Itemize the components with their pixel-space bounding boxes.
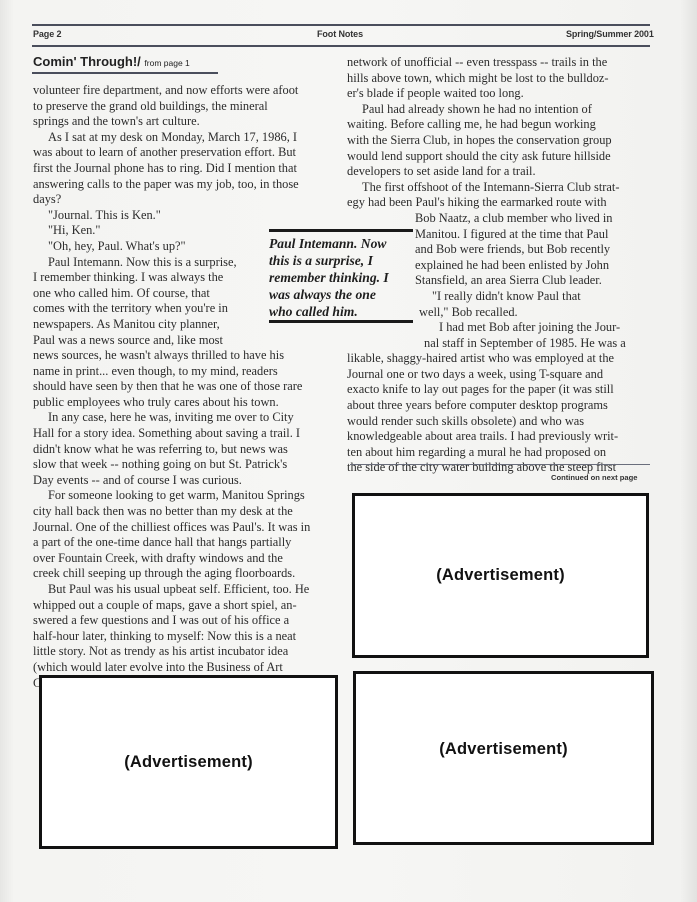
- publication-name: Foot Notes: [317, 29, 363, 39]
- text-line: about three years before computer deskto…: [347, 398, 626, 414]
- text-line: hills above town, which might be lost to…: [347, 71, 626, 87]
- text-line: should have seen by then that he was one…: [33, 379, 310, 395]
- advertisement-label: (Advertisement): [439, 740, 568, 759]
- text-line: Hall for a story idea. Something about s…: [33, 426, 310, 442]
- advertisement-bottom-left[interactable]: (Advertisement): [39, 675, 338, 849]
- text-line: likable, shaggy-haired artist who was em…: [347, 351, 626, 367]
- text-line: over Fountain Creek, with drafty windows…: [33, 551, 310, 567]
- text-line: Stansfield, an area Sierra Club leader.: [347, 273, 626, 289]
- text-line: news sources, he wasn't always thrilled …: [33, 348, 310, 364]
- text-line: (which would later evolve into the Busin…: [33, 660, 310, 676]
- text-line: half-hour later, thinking to myself: Now…: [33, 629, 310, 645]
- header-bottom-rule: [32, 45, 650, 47]
- text-line: As I sat at my desk on Monday, March 17,…: [33, 130, 310, 146]
- text-line: knowledgeable about area trails. I had p…: [347, 429, 626, 445]
- text-line: Manitou. I figured at the time that Paul: [347, 227, 626, 243]
- text-line: The first offshoot of the Intemann-Sierr…: [347, 180, 626, 196]
- text-line: Day events -- and of course I was curiou…: [33, 473, 310, 489]
- article-kicker: Comin' Through!/ from page 1: [33, 54, 190, 69]
- text-line: first the Journal phone has to ring. Did…: [33, 161, 310, 177]
- text-line: er's blade if people waited too long.: [347, 86, 626, 102]
- text-line: network of unofficial -- even tresspass …: [347, 55, 626, 71]
- text-line: would lend support should the city ask f…: [347, 149, 626, 165]
- continued-on-next-page: Continued on next page: [551, 473, 637, 482]
- text-line: developers to set aside land for a trail…: [347, 164, 626, 180]
- advertisement-top-right[interactable]: (Advertisement): [352, 493, 649, 658]
- text-line: Paul had already shown he had no intenti…: [347, 102, 626, 118]
- text-line: "I really didn't know Paul that: [347, 289, 626, 305]
- text-line: springs and the town's art culture.: [33, 114, 310, 130]
- text-line: would render such skills obsolete) and w…: [347, 414, 626, 430]
- text-line: name in print... even though, to my mind…: [33, 364, 310, 380]
- text-line: to preserve the grand old buildings, the…: [33, 99, 310, 115]
- text-line: "Journal. This is Ken.": [33, 208, 310, 224]
- text-line: public employees who truly cares about h…: [33, 395, 310, 411]
- text-line: Journal one or two days a week, using T-…: [347, 367, 626, 383]
- text-line: Paul was a news source and, like most: [33, 333, 310, 349]
- text-line: swered a few questions and I was out of …: [33, 613, 310, 629]
- text-line: creek chill seeping up through the aging…: [33, 566, 310, 582]
- text-line: exacto knife to lay out pages for the pa…: [347, 382, 626, 398]
- text-line: In any case, here he was, inviting me ov…: [33, 410, 310, 426]
- kicker-from-page: from page 1: [144, 58, 189, 68]
- text-line: a part of the one-time dance hall that h…: [33, 535, 310, 551]
- text-line: volunteer fire department, and now effor…: [33, 83, 310, 99]
- text-line: egy had been Paul's hiking the earmarked…: [347, 195, 626, 211]
- article-column-1: volunteer fire department, and now effor…: [33, 83, 310, 691]
- advertisement-label: (Advertisement): [436, 566, 565, 585]
- text-line: nal staff in September of 1985. He was a: [347, 336, 626, 352]
- text-line: waiting. Before calling me, he had begun…: [347, 117, 626, 133]
- text-line: answering calls to the paper was my job,…: [33, 177, 310, 193]
- text-line: and Bob were friends, but Bob recently: [347, 242, 626, 258]
- text-line: slow that week -- nothing going on but S…: [33, 457, 310, 473]
- page-number: Page 2: [33, 29, 61, 39]
- text-line: explained he had been enlisted by John: [347, 258, 626, 274]
- issue-date: Spring/Summer 2001: [566, 29, 654, 39]
- text-line: Journal. One of the chilliest offices wa…: [33, 520, 310, 536]
- text-line: didn't know what he was referring to, bu…: [33, 442, 310, 458]
- text-line: ten about him regarding a mural he had p…: [347, 445, 626, 461]
- text-line: with the Sierra Club, in hopes the conse…: [347, 133, 626, 149]
- header-top-rule: [32, 24, 650, 26]
- text-line: little story. Not as trendy as his artis…: [33, 644, 310, 660]
- text-line: whipped out a couple of maps, gave a sho…: [33, 598, 310, 614]
- text-line: city hall back then was no better than m…: [33, 504, 310, 520]
- text-line: days?: [33, 192, 310, 208]
- text-line: But Paul was his usual upbeat self. Effi…: [33, 582, 310, 598]
- advertisement-label: (Advertisement): [124, 753, 253, 772]
- text-line: For someone looking to get warm, Manitou…: [33, 488, 310, 504]
- text-line: was about to learn of another preservati…: [33, 145, 310, 161]
- column-2-end-rule: [350, 464, 650, 465]
- text-line: I had met Bob after joining the Jour-: [347, 320, 626, 336]
- advertisement-bottom-right[interactable]: (Advertisement): [353, 671, 654, 845]
- article-column-2: network of unofficial -- even tresspass …: [347, 55, 626, 476]
- kicker-title: Comin' Through!/: [33, 54, 141, 69]
- text-line: well," Bob recalled.: [347, 305, 626, 321]
- text-line: Bob Naatz, a club member who lived in: [347, 211, 626, 227]
- kicker-rule: [32, 72, 218, 74]
